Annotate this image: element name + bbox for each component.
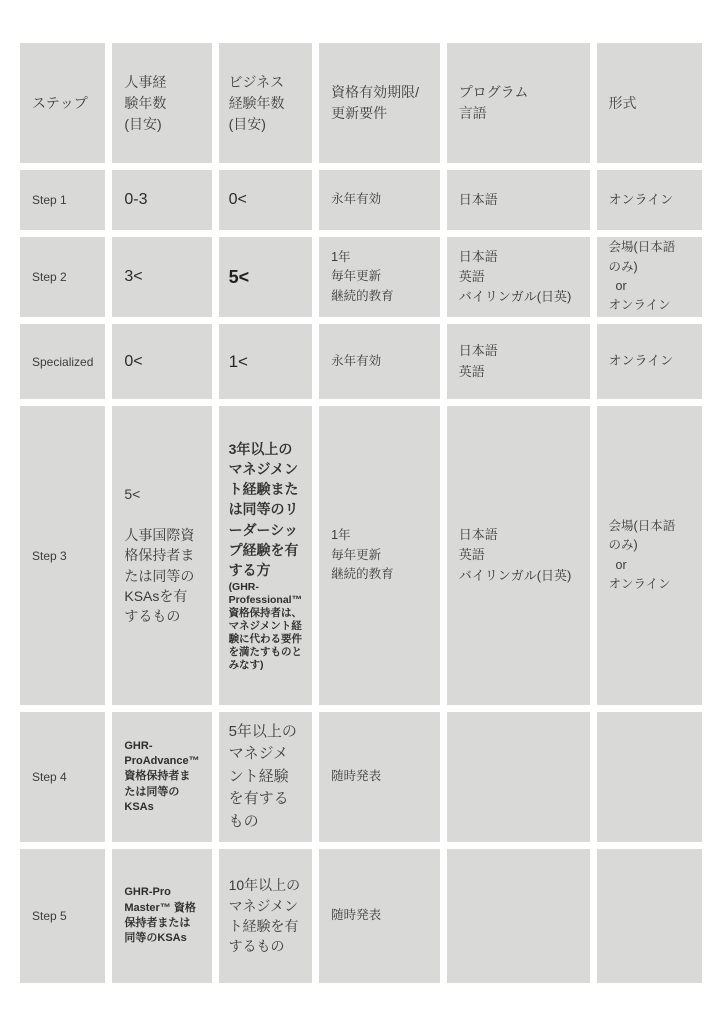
step3-hr-exp-value: 5< 人事国際資格保持者または同等のKSAsを有するもの bbox=[124, 484, 199, 626]
step2-label: Step 2 bbox=[32, 270, 93, 284]
page: ステップ 人事経 験年数 (目安) ビジネス 経験年数 (目安) 資格有効期限/… bbox=[0, 0, 709, 990]
row-step5: Step 5 GHR-Pro Master™ 資格保持者または同等のKSAs 1… bbox=[20, 849, 702, 983]
th-program-language: プログラム 言語 bbox=[447, 43, 590, 163]
step3-validity-value: 1年 毎年更新 継続的教育 bbox=[331, 526, 428, 584]
step4-validity-value: 随時発表 bbox=[331, 767, 428, 786]
step3-biz-exp: 3年以上のマネジメント経験または同等のリーダーシップ経験を有する方 (GHR-P… bbox=[219, 406, 313, 705]
step3-language-value: 日本語 英語 バイリンガル(日英) bbox=[459, 525, 578, 585]
step1-validity-value: 永年有効 bbox=[331, 190, 428, 209]
step3-format-value: 会場(日本語 のみ) or オンライン bbox=[609, 517, 690, 595]
step4-format bbox=[597, 712, 702, 842]
specialized-biz-exp-value: 1< bbox=[229, 352, 303, 372]
step2-biz-exp-value: 5< bbox=[229, 267, 303, 288]
th-step: ステップ bbox=[20, 43, 105, 163]
step3-language: 日本語 英語 バイリンガル(日英) bbox=[447, 406, 590, 705]
specialized-language: 日本語 英語 bbox=[447, 324, 590, 399]
step5-language bbox=[447, 849, 590, 983]
step5-biz-exp: 10年以上のマネジメント経験を有するもの bbox=[219, 849, 313, 983]
step4-label-cell: Step 4 bbox=[20, 712, 105, 842]
step4-biz-exp: 5年以上のマネジメント経験を有するもの bbox=[219, 712, 313, 842]
specialized-label-cell: Specialized bbox=[20, 324, 105, 399]
specialized-validity-value: 永年有効 bbox=[331, 352, 428, 371]
specialized-validity: 永年有効 bbox=[319, 324, 440, 399]
th-format: 形式 bbox=[597, 43, 702, 163]
row-specialized: Specialized 0< 1< 永年有効 日本語 英語 オンライン bbox=[20, 324, 702, 399]
specialized-hr-exp-value: 0< bbox=[124, 353, 199, 371]
step1-label: Step 1 bbox=[32, 193, 93, 207]
specialized-language-value: 日本語 英語 bbox=[459, 341, 578, 381]
step1-format-value: オンライン bbox=[609, 190, 690, 210]
step5-validity: 随時発表 bbox=[319, 849, 440, 983]
th-biz-exp-years: ビジネス 経験年数 (目安) bbox=[219, 43, 313, 163]
th-program-language-label: プログラム 言語 bbox=[459, 82, 578, 124]
step1-format: オンライン bbox=[597, 170, 702, 230]
step1-biz-exp: 0< bbox=[219, 170, 313, 230]
step2-validity: 1年 毎年更新 継続的教育 bbox=[319, 237, 440, 317]
step4-validity: 随時発表 bbox=[319, 712, 440, 842]
step5-hr-exp: GHR-Pro Master™ 資格保持者または同等のKSAs bbox=[112, 849, 211, 983]
step2-format: 会場(日本語 のみ) or オンライン bbox=[597, 237, 702, 317]
specialized-format: オンライン bbox=[597, 324, 702, 399]
step5-label-cell: Step 5 bbox=[20, 849, 105, 983]
step4-hr-exp-value: GHR-ProAdvance™ 資格保持者または同等のKSAs bbox=[124, 739, 199, 816]
th-validity-renewal-label: 資格有効期限/ 更新要件 bbox=[331, 82, 428, 124]
step1-validity: 永年有効 bbox=[319, 170, 440, 230]
step3-validity: 1年 毎年更新 継続的教育 bbox=[319, 406, 440, 705]
step5-biz-exp-value: 10年以上のマネジメント経験を有するもの bbox=[229, 875, 303, 956]
specialized-hr-exp: 0< bbox=[112, 324, 211, 399]
specialized-label: Specialized bbox=[32, 355, 93, 369]
step3-format: 会場(日本語 のみ) or オンライン bbox=[597, 406, 702, 705]
th-hr-exp-years: 人事経 験年数 (目安) bbox=[112, 43, 211, 163]
certification-steps-table: ステップ 人事経 験年数 (目安) ビジネス 経験年数 (目安) 資格有効期限/… bbox=[13, 36, 709, 990]
step2-language: 日本語 英語 バイリンガル(日英) bbox=[447, 237, 590, 317]
row-step4: Step 4 GHR-ProAdvance™ 資格保持者または同等のKSAs 5… bbox=[20, 712, 702, 842]
step3-biz-exp-value: 3年以上のマネジメント経験または同等のリーダーシップ経験を有する方 bbox=[229, 439, 303, 581]
step1-language: 日本語 bbox=[447, 170, 590, 230]
th-validity-renewal: 資格有効期限/ 更新要件 bbox=[319, 43, 440, 163]
step1-hr-exp: 0-3 bbox=[112, 170, 211, 230]
step1-label-cell: Step 1 bbox=[20, 170, 105, 230]
step3-label-cell: Step 3 bbox=[20, 406, 105, 705]
row-step1: Step 1 0-3 0< 永年有効 日本語 オンライン bbox=[20, 170, 702, 230]
specialized-format-value: オンライン bbox=[609, 351, 690, 371]
step4-language bbox=[447, 712, 590, 842]
step5-label: Step 5 bbox=[32, 909, 93, 923]
step3-label: Step 3 bbox=[32, 549, 93, 563]
step4-biz-exp-value: 5年以上のマネジメント経験を有するもの bbox=[229, 721, 303, 834]
step1-biz-exp-value: 0< bbox=[229, 191, 303, 209]
step3-hr-exp: 5< 人事国際資格保持者または同等のKSAsを有するもの bbox=[112, 406, 211, 705]
step2-format-value: 会場(日本語 のみ) or オンライン bbox=[609, 238, 690, 316]
step2-biz-exp: 5< bbox=[219, 237, 313, 317]
th-biz-exp-years-label: ビジネス 経験年数 (目安) bbox=[229, 72, 303, 135]
step1-hr-exp-value: 0-3 bbox=[124, 191, 199, 209]
th-format-label: 形式 bbox=[609, 93, 690, 114]
step5-format bbox=[597, 849, 702, 983]
step1-language-value: 日本語 bbox=[459, 190, 578, 210]
row-step2: Step 2 3< 5< 1年 毎年更新 継続的教育 日本語 英語 バイリンガル… bbox=[20, 237, 702, 317]
step2-language-value: 日本語 英語 バイリンガル(日英) bbox=[459, 247, 578, 307]
step2-hr-exp-value: 3< bbox=[124, 268, 199, 286]
row-step3: Step 3 5< 人事国際資格保持者または同等のKSAsを有するもの 3年以上… bbox=[20, 406, 702, 705]
th-hr-exp-years-label: 人事経 験年数 (目安) bbox=[124, 72, 199, 135]
step2-label-cell: Step 2 bbox=[20, 237, 105, 317]
step4-hr-exp: GHR-ProAdvance™ 資格保持者または同等のKSAs bbox=[112, 712, 211, 842]
step3-biz-exp-note: (GHR-Professional™資格保持者は、マネジメント経験に代わる要件を… bbox=[229, 581, 303, 673]
step2-validity-value: 1年 毎年更新 継続的教育 bbox=[331, 248, 428, 306]
step5-validity-value: 随時発表 bbox=[331, 906, 428, 925]
header-row: ステップ 人事経 験年数 (目安) ビジネス 経験年数 (目安) 資格有効期限/… bbox=[20, 43, 702, 163]
specialized-biz-exp: 1< bbox=[219, 324, 313, 399]
step2-hr-exp: 3< bbox=[112, 237, 211, 317]
step4-label: Step 4 bbox=[32, 770, 93, 784]
step5-hr-exp-value: GHR-Pro Master™ 資格保持者または同等のKSAs bbox=[124, 885, 199, 947]
th-step-label: ステップ bbox=[32, 93, 93, 114]
